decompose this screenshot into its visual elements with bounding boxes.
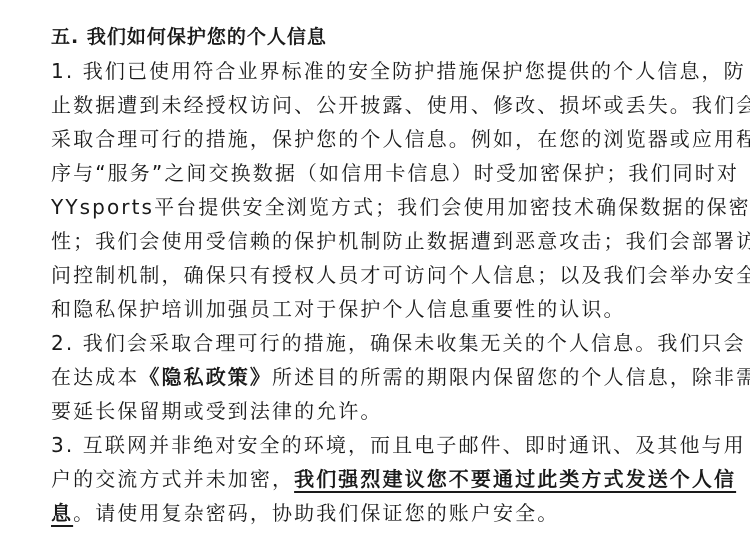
paragraph-3-line-3: 息。请使用复杂密码，协助我们保证您的账户安全。 — [51, 496, 701, 530]
text-run: 所述目的所需的期限内保留您的个人信息，除非需 — [272, 365, 750, 389]
strong-recommendation-text-end: 息 — [51, 501, 73, 525]
text-run: 。请使用复杂密码，协助我们保证您的账户安全。 — [73, 501, 559, 525]
text-run: 在达成本 — [51, 365, 139, 389]
privacy-policy-section: 五. 我们如何保护您的个人信息 1. 我们已使用符合业界标准的安全防护措施保护您… — [51, 20, 701, 530]
text-run: 性；我们会使用受信赖的保护机制防止数据遭到恶意攻击；我们会部署访 — [51, 229, 750, 253]
text-run: 3. 互联网并非绝对安全的环境，而且电子邮件、即时通讯、及其他与用 — [51, 433, 746, 457]
paragraph-1-line-1: 1. 我们已使用符合业界标准的安全防护措施保护您提供的个人信息，防 — [51, 54, 701, 88]
paragraph-2-line-1: 2. 我们会采取合理可行的措施，确保未收集无关的个人信息。我们只会 — [51, 326, 701, 360]
text-run: 和隐私保护培训加强员工对于保护个人信息重要性的认识。 — [51, 297, 626, 321]
privacy-policy-reference: 《隐私政策》 — [139, 365, 272, 389]
text-run: 止数据遭到未经授权访问、公开披露、使用、修改、损坏或丢失。我们会 — [51, 93, 750, 117]
paragraph-1-line-8: 和隐私保护培训加强员工对于保护个人信息重要性的认识。 — [51, 292, 701, 326]
paragraph-3-line-1: 3. 互联网并非绝对安全的环境，而且电子邮件、即时通讯、及其他与用 — [51, 428, 701, 462]
paragraph-1-line-7: 问控制机制，确保只有授权人员才可访问个人信息；以及我们会举办安全 — [51, 258, 701, 292]
strong-recommendation-text: 我们强烈建议您不要通过此类方式发送个人信 — [294, 467, 736, 491]
paragraph-2-line-3: 要延长保留期或受到法律的允许。 — [51, 394, 701, 428]
section-title: 五. 我们如何保护您的个人信息 — [51, 20, 701, 54]
paragraph-2-line-2: 在达成本《隐私政策》所述目的所需的期限内保留您的个人信息，除非需 — [51, 360, 701, 394]
paragraph-3-line-2: 户的交流方式并未加密，我们强烈建议您不要通过此类方式发送个人信 — [51, 462, 701, 496]
text-run: 采取合理可行的措施，保护您的个人信息。例如，在您的浏览器或应用程 — [51, 127, 750, 151]
paragraph-1-line-6: 性；我们会使用受信赖的保护机制防止数据遭到恶意攻击；我们会部署访 — [51, 224, 701, 258]
text-run: 序与“服务”之间交换数据（如信用卡信息）时受加密保护；我们同时对 — [51, 161, 739, 185]
text-run: 问控制机制，确保只有授权人员才可访问个人信息；以及我们会举办安全 — [51, 263, 750, 287]
paragraph-1-line-4: 序与“服务”之间交换数据（如信用卡信息）时受加密保护；我们同时对 — [51, 156, 701, 190]
paragraph-1-line-3: 采取合理可行的措施，保护您的个人信息。例如，在您的浏览器或应用程 — [51, 122, 701, 156]
text-run: YYsports平台提供安全浏览方式；我们会使用加密技术确保数据的保密 — [51, 195, 750, 219]
paragraph-1-line-2: 止数据遭到未经授权访问、公开披露、使用、修改、损坏或丢失。我们会 — [51, 88, 701, 122]
text-run: 1. 我们已使用符合业界标准的安全防护措施保护您提供的个人信息，防 — [51, 59, 746, 83]
text-run: 户的交流方式并未加密， — [51, 467, 294, 491]
text-run: 2. 我们会采取合理可行的措施，确保未收集无关的个人信息。我们只会 — [51, 331, 746, 355]
paragraph-1-line-5: YYsports平台提供安全浏览方式；我们会使用加密技术确保数据的保密 — [51, 190, 701, 224]
text-run: 要延长保留期或受到法律的允许。 — [51, 399, 383, 423]
